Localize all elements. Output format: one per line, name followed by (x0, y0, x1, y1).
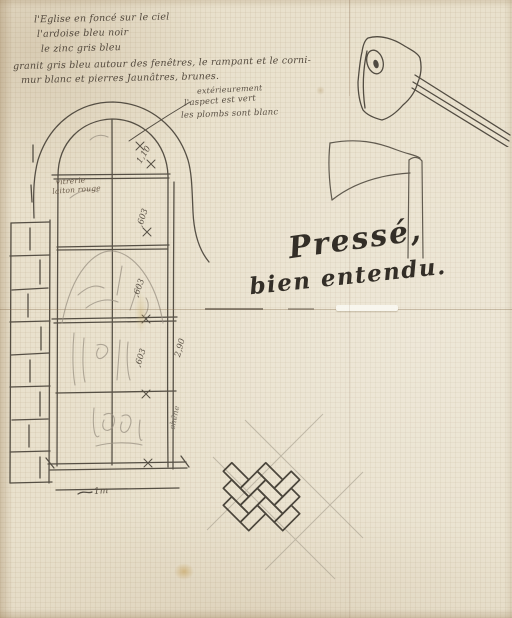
measurement-width: 1m (94, 486, 109, 497)
paper-tear (336, 305, 398, 311)
church-window-sketch (0, 90, 230, 510)
mallet-sketch (333, 25, 512, 147)
herringbone-paving-sketch (205, 412, 365, 582)
paper-stain (135, 292, 147, 334)
vertical-fold-crease-top (349, 0, 350, 96)
note-line: l'Eglise en foncé sur le ciel (34, 12, 170, 26)
note-line: granit gris bleu autour des fenêtres, le… (13, 55, 311, 72)
note-line: le zinc gris bleu (41, 42, 121, 55)
paper-stain (316, 86, 325, 95)
paper-stain (174, 563, 194, 580)
crease-dark-segment (205, 308, 263, 310)
note-line: l'ardoise bleu noir (37, 27, 129, 40)
note-line: mur blanc et pierres Jaunâtres, brunes. (21, 71, 219, 86)
paper-sheet: l'Eglise en foncé sur le ciel l'ardoise … (0, 0, 512, 618)
crease-dark-segment (288, 308, 314, 310)
glazing-label: vitrerie laiton rouge (55, 174, 101, 195)
